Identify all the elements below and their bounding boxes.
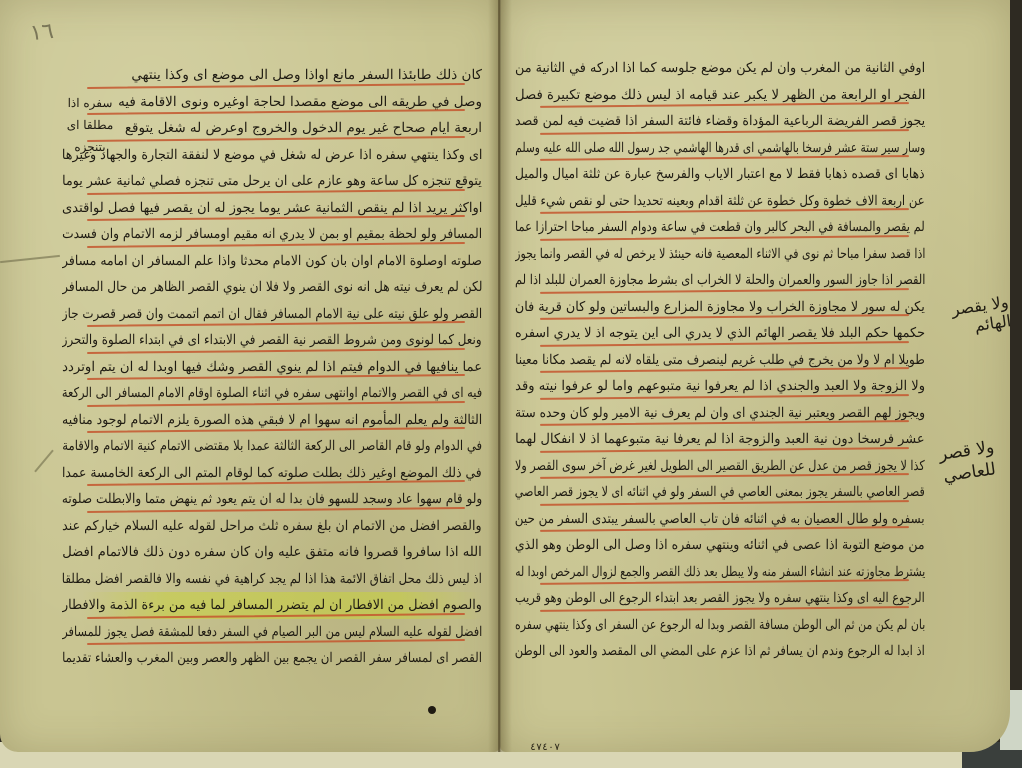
manuscript-line: كذا لا يجوز قصر من عدل عن الطريق القصير … (515, 453, 925, 480)
manuscript-line: اذ ابدا له الرجوع وندم ان يسافر ثم اذا ع… (515, 638, 925, 665)
manuscript-line: لم يقصر والمسافة في البحر كالبر وان قطعت… (515, 214, 925, 241)
line-text: اربعة ايام صحاح غير يوم الدخول والخروج ا… (125, 115, 482, 141)
manuscript-line: المسافر ولو لحظة بمقيم او بمن لا يدري ان… (62, 221, 482, 248)
manuscript-line: ويجوز لهم القصر ويعتبر نية الجندي اى وان… (515, 400, 925, 427)
manuscript-spread: ١٦ سفره اذا مطلقا ای بتنجزه كان ذلك طابئ… (0, 0, 1022, 768)
manuscript-line: وصل في طريقه الى موضع مقصدا لحاجة اوغيره… (62, 89, 482, 116)
left-text-block: كان ذلك طابئذا السفر مانع اواذا وصل الى … (62, 62, 482, 672)
line-text: عشر فرسخا دون نية العبد والزوجة اذا لم ي… (515, 426, 925, 452)
line-text: صلوته اوصلوة الامام اوان بان كون الامام … (62, 248, 482, 274)
line-text: لكن لم يعرف نيته هل انه نوى القصر ولا فل… (62, 274, 482, 300)
line-text: الفجر او الرابعة من الظهر لا يكبر عند قي… (515, 82, 925, 108)
line-text: اذا قصد سفرا مباحا ثم نوى في الاثناء الم… (515, 241, 925, 267)
line-text: والقصر افضل من الاتمام ان بلغ سفره ثلث م… (63, 513, 482, 539)
manuscript-line: اوفي الثانية من المغرب وان لم يكن موضع ج… (515, 55, 925, 82)
line-text: كذا لا يجوز قصر من عدل عن الطريق القصير … (515, 453, 925, 479)
manuscript-line: الثالثة ولم يعلم المأموم انه سهوا ام لا … (62, 407, 482, 434)
manuscript-line: القصر ولو علق نيته على نية الامام المساف… (62, 301, 482, 328)
manuscript-line: اذا قصد سفرا مباحا ثم نوى في الاثناء الم… (515, 241, 925, 268)
line-text: ذهابا اى قصده ذهابا فقط لا مع اعتبار الا… (515, 161, 925, 187)
manuscript-line: يجوز قصر الفريضة الرباعية المؤداة وقضاء … (515, 108, 925, 135)
right-text-block: اوفي الثانية من المغرب وان لم يكن موضع ج… (515, 55, 925, 665)
line-text: القصر اى لمسافر سفر القصر ان يجمع بين ال… (62, 645, 482, 671)
line-text: اواكثر يريد اذا لم ينقص الثمانية عشر يوم… (62, 195, 482, 221)
manuscript-line: اذ ليس ذلك محل اتفاق الائمة هذا اذا لم ي… (62, 566, 482, 593)
ink-blot (428, 706, 436, 714)
right-margin-note-1: ولا يقصر الهائم (924, 292, 1012, 341)
line-text: طويلا ام لا ولا من يخرج في طلب غريم لينص… (515, 347, 925, 373)
manuscript-line: ولا الزوجة ولا العبد والجندي اذا لم يعرف… (515, 373, 925, 400)
manuscript-line: الله اذا سافروا قصروا فانه متفق عليه وان… (62, 539, 482, 566)
manuscript-line: الفجر او الرابعة من الظهر لا يكبر عند قي… (515, 82, 925, 109)
manuscript-line: القصر اى لمسافر سفر القصر ان يجمع بين ال… (62, 645, 482, 672)
line-text: الله اذا سافروا قصروا فانه متفق عليه وان… (62, 539, 482, 565)
line-text: ونعل كما لونوى ومن شروط القصر نية القصر … (62, 327, 482, 353)
manuscript-line: عن اربعة الاف خطوة وكل خطوة عن ثلثة اقدا… (515, 188, 925, 215)
manuscript-line: في الدوام ولو قام القاصر الى الركعة الثا… (62, 433, 482, 460)
line-text: عما ينافيها في الدوام فيتم اذا لم ينوي ا… (62, 354, 482, 380)
manuscript-line: اواكثر يريد اذا لم ينقص الثمانية عشر يوم… (62, 195, 482, 222)
line-text: وصل في طريقه الى موضع مقصدا لحاجة اوغيره… (118, 89, 482, 115)
manuscript-line: الرجوع اليه اى وكذا ينتهي سفره ولا يجوز … (515, 585, 925, 612)
folio-number: ١٦ (29, 19, 55, 46)
manuscript-line: والصوم افضل من الافطار ان لم يتضرر المسا… (62, 592, 482, 619)
manuscript-line: عما ينافيها في الدوام فيتم اذا لم ينوي ا… (62, 354, 482, 381)
manuscript-line: اربعة ايام صحاح غير يوم الدخول والخروج ا… (62, 115, 482, 142)
line-text: يتوقع تنجزه كل ساعة وهو عازم على ان يرحل… (62, 168, 482, 194)
book-gutter (488, 0, 512, 752)
manuscript-line: لكن لم يعرف نيته هل انه نوى القصر ولا فل… (62, 274, 482, 301)
line-text: قصر العاصي بالسفر يجوز بمعنى العاصي في ا… (515, 479, 925, 505)
line-text: المسافر ولو لحظة بمقيم او بمن لا يدري ان… (62, 221, 482, 247)
line-text: والصوم افضل من الافطار ان لم يتضرر المسا… (62, 592, 482, 618)
line-text: يشترط مجاوزته عند انشاء السفر منه ولا يب… (515, 559, 925, 585)
manuscript-line: في ذلك الموضع اوغير ذلك بطلت صلوته كما ل… (62, 460, 482, 487)
line-text: بان لم يكن من ثم الى الوطن مسافة القصر و… (515, 612, 925, 638)
manuscript-line: يشترط مجاوزته عند انشاء السفر منه ولا يب… (515, 559, 925, 586)
manuscript-line: صلوته اوصلوة الامام اوان بان كون الامام … (62, 248, 482, 275)
line-text: حكمها حكم البلد فلا يقصر الهائم الذي لا … (515, 320, 925, 346)
line-text: الرجوع اليه اى وكذا ينتهي سفره ولا يجوز … (515, 585, 925, 611)
catalog-stamp: ٤٧٤٠٧ (530, 742, 560, 753)
line-text: القصر ولو علق نيته على نية الامام المساف… (62, 301, 482, 327)
line-text: في ذلك الموضع اوغير ذلك بطلت صلوته كما ل… (62, 460, 482, 486)
paper-crack (0, 255, 60, 263)
line-text: افضل لقوله عليه السلام ليس من البر الصيا… (62, 619, 482, 645)
line-text: عن اربعة الاف خطوة وكل خطوة عن ثلثة اقدا… (515, 188, 925, 214)
line-text: اى وكذا ينتهي سفره اذا عرض له شغل في موض… (62, 142, 482, 168)
paper-crack (34, 450, 54, 473)
line-text: ولا الزوجة ولا العبد والجندي اذا لم يعرف… (515, 373, 925, 399)
binding-thread (498, 0, 500, 752)
manuscript-line: حكمها حكم البلد فلا يقصر الهائم الذي لا … (515, 320, 925, 347)
manuscript-line: يتوقع تنجزه كل ساعة وهو عازم على ان يرحل… (62, 168, 482, 195)
line-text: فيه اى في القصر والاتمام اوانتهى سفره في… (62, 380, 482, 406)
manuscript-line: عشر فرسخا دون نية العبد والزوجة اذا لم ي… (515, 426, 925, 453)
right-margin-note-2: ولا قصر للعاصي (923, 434, 1012, 489)
line-text: الثالثة ولم يعلم المأموم انه سهوا ام لا … (62, 407, 482, 433)
line-text: يكن له سور لا مجاوزة الخراب ولا مجاوزة ا… (515, 294, 925, 320)
manuscript-line: بسفره ولو طال العصيان به في اثنائه فان ت… (515, 506, 925, 533)
line-text: ويجوز لهم القصر ويعتبر نية الجندي اى وان… (515, 400, 925, 426)
line-text: اوفي الثانية من المغرب وان لم يكن موضع ج… (515, 55, 925, 81)
manuscript-line: والقصر افضل من الاتمام ان بلغ سفره ثلث م… (62, 513, 482, 540)
line-text: اذ ليس ذلك محل اتفاق الائمة هذا اذا لم ي… (62, 566, 482, 592)
line-text: لم يقصر والمسافة في البحر كالبر وان قطعت… (515, 214, 925, 240)
manuscript-line: اى وكذا ينتهي سفره اذا عرض له شغل في موض… (62, 142, 482, 169)
manuscript-line: كان ذلك طابئذا السفر مانع اواذا وصل الى … (62, 62, 482, 89)
line-text: ولو قام سهوا عاد وسجد للسهو فان بدا له ا… (62, 486, 482, 512)
line-text: بسفره ولو طال العصيان به في اثنائه فان ت… (515, 506, 925, 532)
line-text: القصر اذا جاوز السور والعمران والحلة لا … (515, 267, 925, 293)
line-text: في الدوام ولو قام القاصر الى الركعة الثا… (62, 433, 482, 459)
line-text: من موضع التوبة اذا عصى في اثنائه وينتهي … (515, 532, 925, 558)
left-page: ١٦ سفره اذا مطلقا ای بتنجزه كان ذلك طابئ… (0, 0, 500, 752)
manuscript-line: قصر العاصي بالسفر يجوز بمعنى العاصي في ا… (515, 479, 925, 506)
right-page: اوفي الثانية من المغرب وان لم يكن موضع ج… (500, 0, 1010, 752)
manuscript-line: من موضع التوبة اذا عصى في اثنائه وينتهي … (515, 532, 925, 559)
manuscript-line: يكن له سور لا مجاوزة الخراب ولا مجاوزة ا… (515, 294, 925, 321)
manuscript-line: بان لم يكن من ثم الى الوطن مسافة القصر و… (515, 612, 925, 639)
manuscript-line: ولو قام سهوا عاد وسجد للسهو فان بدا له ا… (62, 486, 482, 513)
line-text: يجوز قصر الفريضة الرباعية المؤداة وقضاء … (515, 108, 925, 134)
manuscript-line: ذهابا اى قصده ذهابا فقط لا مع اعتبار الا… (515, 161, 925, 188)
manuscript-line: فيه اى في القصر والاتمام اوانتهى سفره في… (62, 380, 482, 407)
line-text: كان ذلك طابئذا السفر مانع اواذا وصل الى … (131, 62, 482, 88)
manuscript-line: ونعل كما لونوى ومن شروط القصر نية القصر … (62, 327, 482, 354)
manuscript-line: القصر اذا جاوز السور والعمران والحلة لا … (515, 267, 925, 294)
manuscript-line: وسار سير ستة عشر فرسخا بالهاشمي اى قدرها… (515, 135, 925, 162)
line-text: وسار سير ستة عشر فرسخا بالهاشمي اى قدرها… (515, 135, 925, 161)
manuscript-line: طويلا ام لا ولا من يخرج في طلب غريم لينص… (515, 347, 925, 374)
manuscript-line: افضل لقوله عليه السلام ليس من البر الصيا… (62, 619, 482, 646)
line-text: اذ ابدا له الرجوع وندم ان يسافر ثم اذا ع… (515, 638, 925, 664)
